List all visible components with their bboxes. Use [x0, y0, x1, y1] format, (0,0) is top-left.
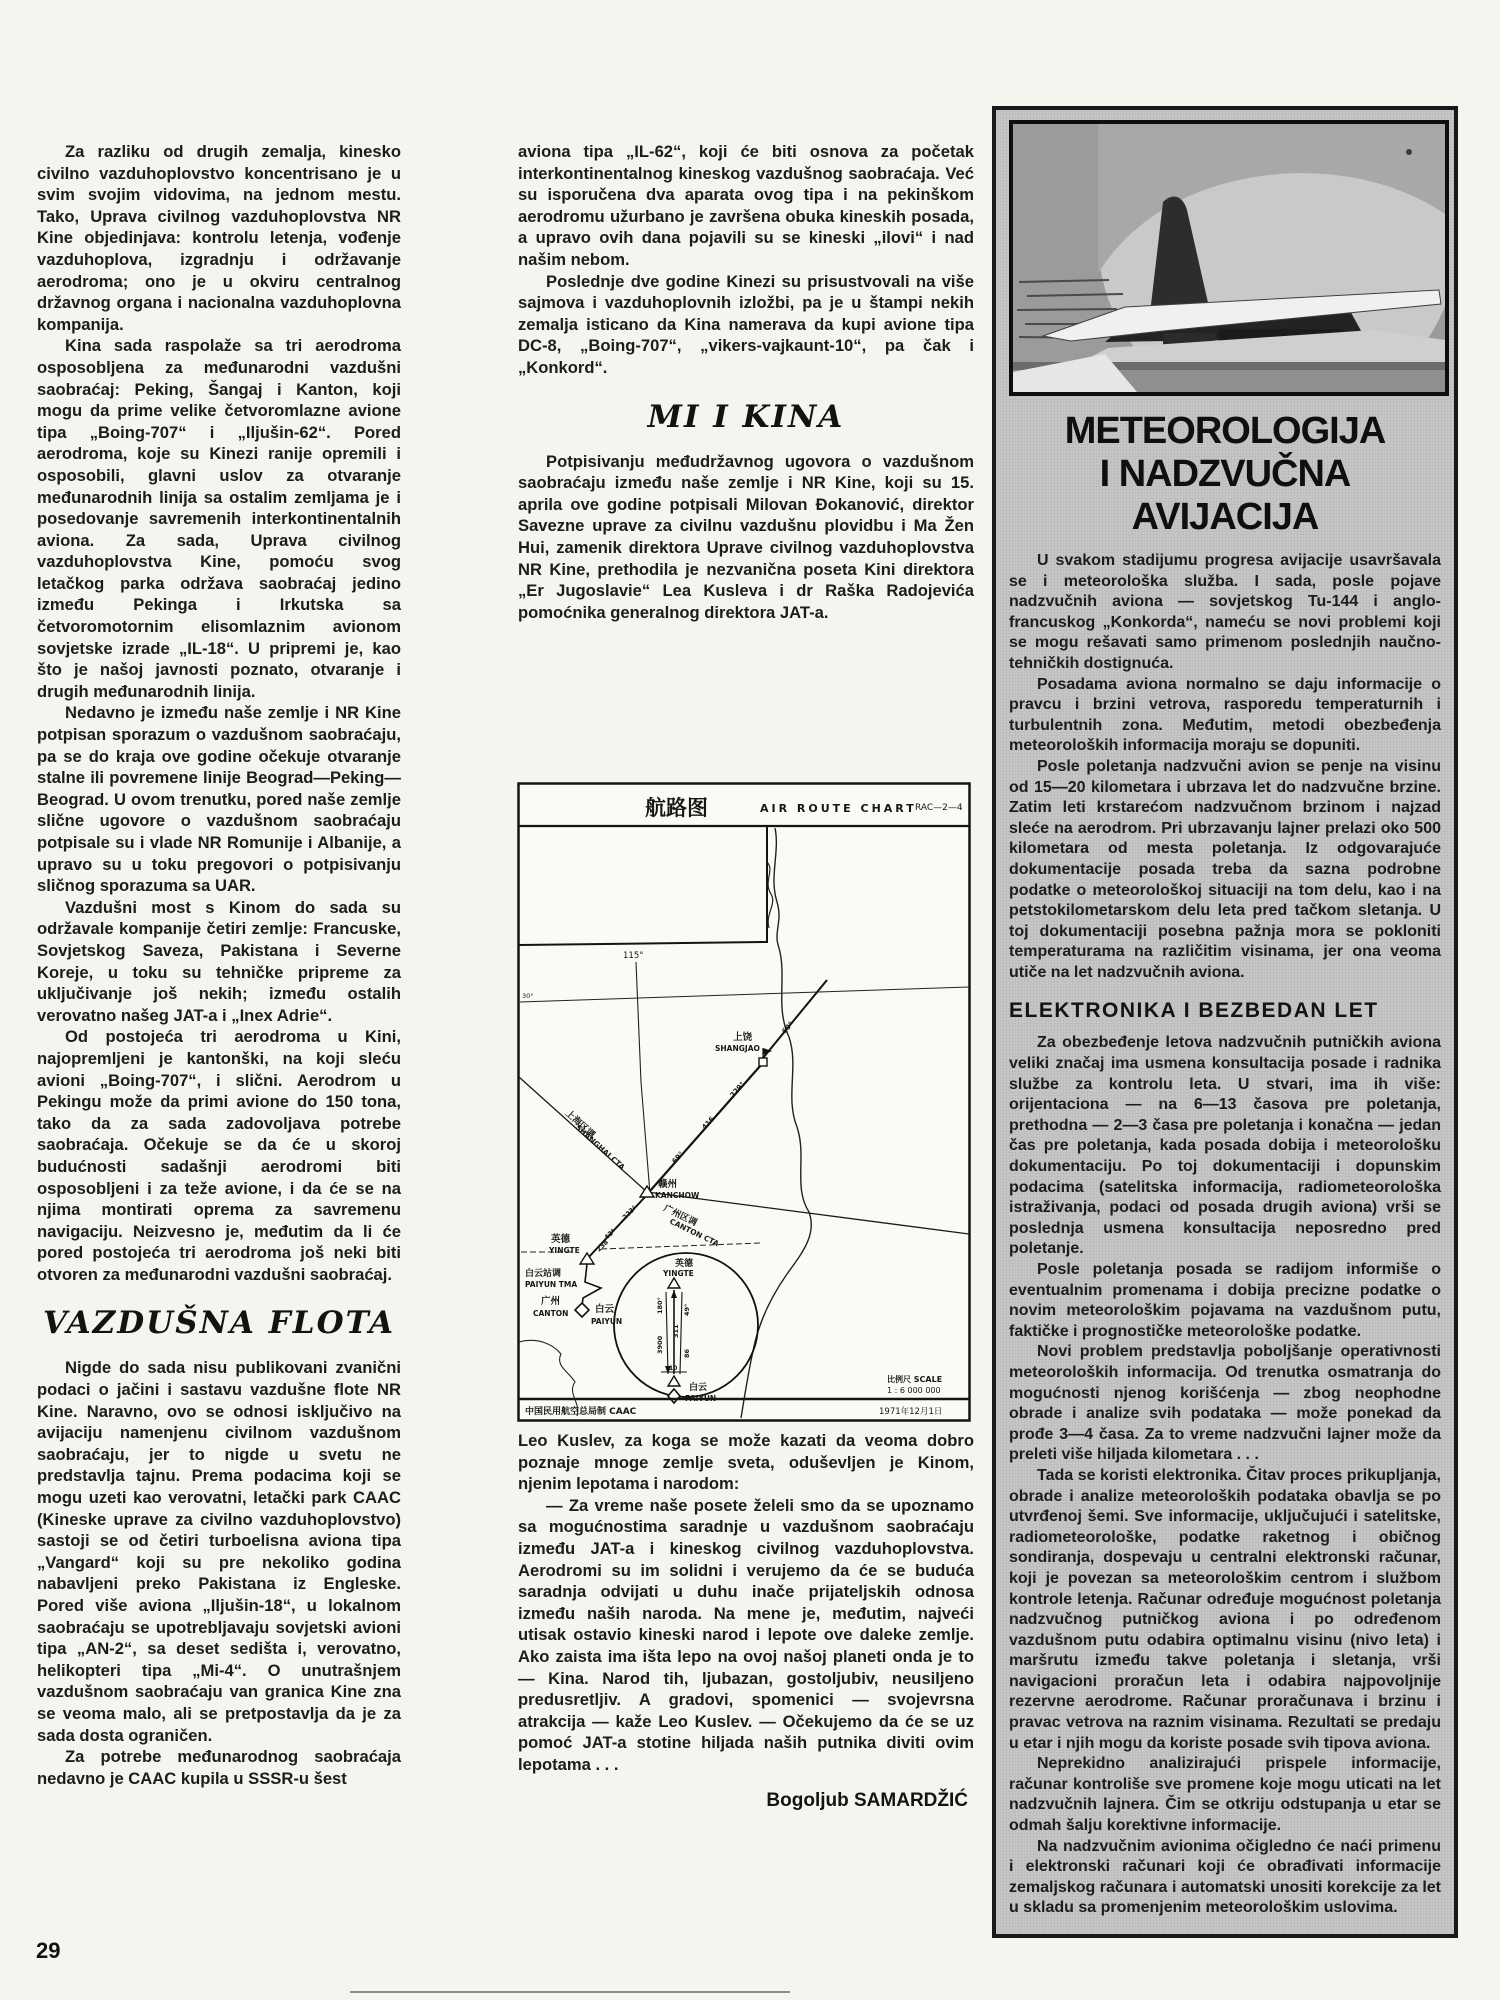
concorde-illustration	[1013, 124, 1445, 392]
station-symbol-shangjao	[759, 1058, 767, 1066]
paragraph: Posle poletanja posada se radijom inform…	[1009, 1260, 1441, 1342]
circle-yingte-cn: 英德	[675, 1257, 694, 1269]
paragraph: Neprekidno analizirajući prispele inform…	[1009, 1754, 1441, 1836]
paragraph: Novi problem predstavlja poboljšanje ope…	[1009, 1342, 1441, 1466]
sidebar-title: METEOROLOGIJA I NADZVUČNA AVIJACIJA	[1009, 410, 1441, 539]
paragraph: Vazdušni most s Kinom do sada su održava…	[37, 897, 401, 1027]
paragraph: Nigde do sada nisu publikovani zvanični …	[37, 1357, 401, 1746]
kanchow-label-en: KANCHOW	[655, 1191, 700, 1200]
scale-label: 比例尺 SCALE	[887, 1374, 942, 1384]
paragraph: Od postojeća tri aerodroma u Kini, najop…	[37, 1026, 401, 1285]
section-heading-vazdusna-flota: VAZDUŠNA FLOTA	[37, 1305, 401, 1341]
shangjao-label-en: SHANGJAO	[715, 1044, 760, 1053]
air-route-chart-figure: 航路图 AIR ROUTE CHART RAC—2—4 115° 30° 上海区…	[517, 782, 971, 1422]
paiyun-label-cn: 白云	[595, 1303, 615, 1315]
circle-number: 86	[683, 1348, 691, 1358]
scale-value: 1 : 6 000 000	[887, 1386, 941, 1395]
canton-label-cn: 广州	[540, 1295, 560, 1307]
section-heading-mi-i-kina: MI I KINA	[518, 399, 974, 435]
sidebar-title-line1: METEOROLOGIJA	[1009, 410, 1441, 453]
paragraph: Za razliku od drugih zemalja, kinesko ci…	[37, 141, 401, 335]
paragraph: Poslednje dve godine Kinezi su prisustvo…	[518, 271, 974, 379]
page-edge-line	[350, 1991, 790, 1993]
circle-number: 49°	[683, 1304, 691, 1316]
paragraph: Posle poletanja nadzvučni avion se penje…	[1009, 757, 1441, 984]
paragraph: Potpisivanju međudržavnog ugovora o vazd…	[518, 451, 974, 624]
paiyun-tma-label-cn: 白云站调	[525, 1267, 561, 1279]
paragraph: — Za vreme naše posete želeli smo da se …	[518, 1495, 974, 1776]
map-title-english: AIR ROUTE CHART	[760, 802, 917, 815]
circle-number: 180°	[656, 1297, 664, 1314]
sidebar-title-line2: I NADZVUČNA AVIJACIJA	[1009, 453, 1441, 539]
map-code: RAC—2—4	[915, 803, 963, 813]
circle-paiyun-cn: 白云	[689, 1381, 707, 1393]
paragraph: Nedavno je između naše zemlje i NR Kine …	[37, 702, 401, 896]
circle-number: 311	[672, 1324, 680, 1338]
meridian-label: 115°	[623, 951, 643, 961]
paragraph: Tada se koristi elektronika. Čitav proce…	[1009, 1466, 1441, 1754]
parallel-label: 30°	[522, 992, 534, 1000]
kanchow-label-cn: 赣州	[658, 1178, 677, 1190]
circle-number: 10	[669, 1365, 677, 1372]
map-footer-agency: 中国民用航空总局制 CAAC	[525, 1405, 637, 1417]
sidebar-paragraphs-2: Za obezbeđenje letova nadzvučnih putničk…	[1009, 1033, 1441, 1919]
circle-yingte-en: YINGTE	[662, 1269, 694, 1278]
sidebar-subhead-elektronika: ELEKTRONIKA I BEZBEDAN LET	[1009, 999, 1441, 1023]
concorde-illustration-frame	[1009, 120, 1449, 396]
speck	[1406, 149, 1412, 155]
paragraph: Za obezbeđenje letova nadzvučnih putničk…	[1009, 1033, 1441, 1260]
left-column: Za razliku od drugih zemalja, kinesko ci…	[37, 141, 401, 1789]
canton-label-en: CANTON	[533, 1309, 568, 1318]
meteorology-sidebar-panel: METEOROLOGIJA I NADZVUČNA AVIJACIJA U sv…	[992, 106, 1458, 1938]
middle-column-top: aviona tipa „IL-62“, koji će biti osnova…	[518, 141, 974, 623]
paiyun-label-en: PAIYUN	[591, 1317, 622, 1326]
author-signature: Bogoljub SAMARDŽIĆ	[518, 1790, 974, 1812]
yingte-label-en: YINGTE	[548, 1246, 580, 1255]
shangjao-label-cn: 上饶	[733, 1031, 753, 1043]
middle-column-bottom: Leo Kuslev, za koga se može kazati da ve…	[518, 1430, 974, 1812]
air-route-chart-map: 航路图 AIR ROUTE CHART RAC—2—4 115° 30° 上海区…	[517, 782, 971, 1422]
left-column-paragraphs: Za razliku od drugih zemalja, kinesko ci…	[37, 141, 401, 1285]
left-column-paragraphs-2: Nigde do sada nisu publikovani zvanični …	[37, 1357, 401, 1789]
sidebar-paragraphs: U svakom stadijumu progresa avijacije us…	[1009, 551, 1441, 983]
paragraph: Kina sada raspolaže sa tri aerodroma osp…	[37, 335, 401, 702]
paragraph: U svakom stadijumu progresa avijacije us…	[1009, 551, 1441, 675]
paragraph: aviona tipa „IL-62“, koji će biti osnova…	[518, 141, 974, 271]
map-border	[519, 784, 970, 1421]
paragraph: Na nadzvučnim avionima očigledno će naći…	[1009, 1837, 1441, 1919]
map-title-chinese: 航路图	[645, 796, 708, 820]
map-footer-date: 1971年12月1日	[879, 1406, 942, 1417]
paragraph: Za potrebe međunarodnog saobraćaja nedav…	[37, 1746, 401, 1789]
paragraph: Posadama aviona normalno se daju informa…	[1009, 675, 1441, 757]
yingte-label-cn: 英德	[551, 1233, 571, 1245]
paiyun-tma-label-en: PAIYUN TMA	[525, 1280, 577, 1289]
paragraph: Leo Kuslev, za koga se može kazati da ve…	[518, 1430, 974, 1495]
page-number: 29	[36, 1938, 60, 1964]
circle-number: 3900	[656, 1335, 664, 1354]
